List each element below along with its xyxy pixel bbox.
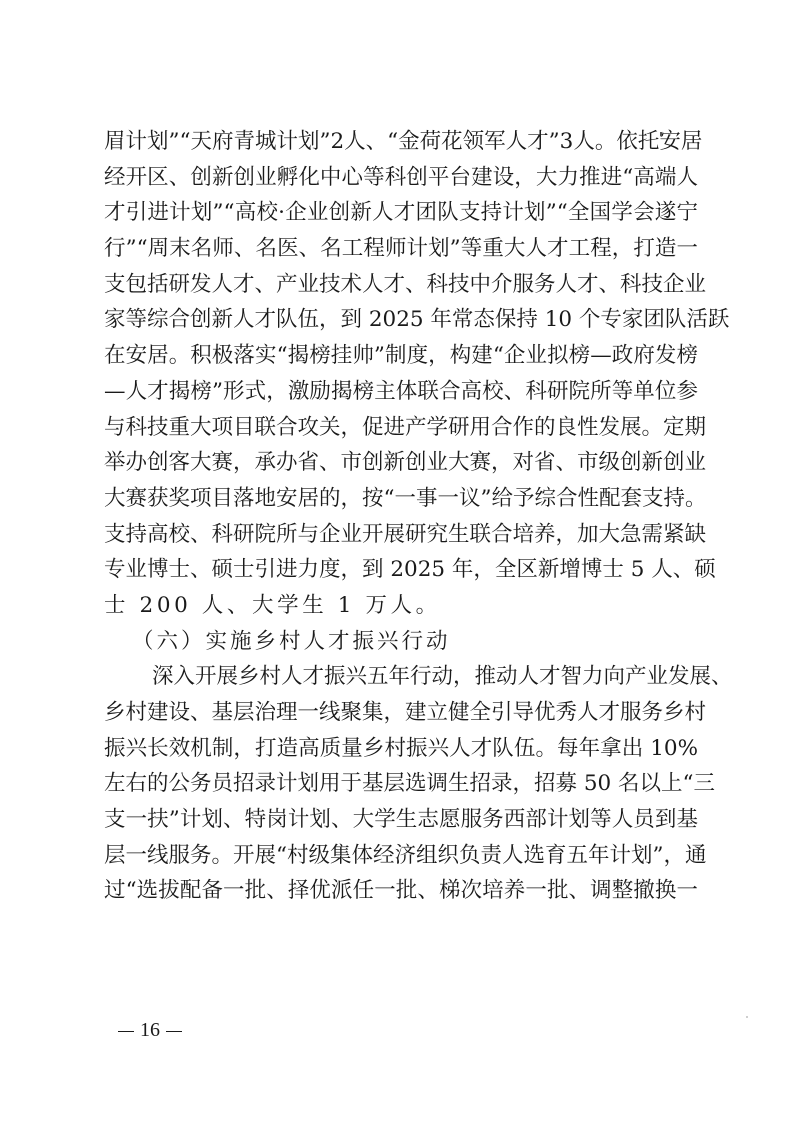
scan-artifact-icon: [660, 132, 662, 136]
paragraph-line: 家等综合创新人才队伍，到 2025 年常态保持 10 个专家团队活跃: [104, 302, 698, 338]
paragraph-line: 与科技重大项目联合攻关，促进产学研用合作的良性发展。定期: [104, 410, 698, 446]
paragraph-line: 士 200 人、大学生 1 万人。: [104, 588, 698, 624]
paragraph-line: 支持高校、科研院所与企业开展研究生联合培养，加大急需紧缺: [104, 517, 698, 553]
paragraph-line: 才引进计划”“高校·企业创新人才团队支持计划”“全国学会遂宁: [104, 195, 698, 231]
paragraph-line: 眉计划”“天府青城计划”2人、“金荷花领军人才”3人。依托安居: [104, 124, 698, 160]
paragraph-line: 专业博士、硕士引进力度，到 2025 年，全区新增博士 5 人、硕: [104, 552, 698, 588]
page-footer: 16: [112, 1018, 188, 1042]
dash-left-icon: [118, 1031, 134, 1032]
paragraph-line: 在安居。积极落实“揭榜挂帅”制度，构建“企业拟榜—政府发榜: [104, 338, 698, 374]
paragraph-line: 支包括研发人才、产业技术人才、科技中介服务人才、科技企业: [104, 267, 698, 303]
paragraph-line: 举办创客大赛，承办省、市创新创业大赛，对省、市级创新创业: [104, 445, 698, 481]
section-paragraph-line: 乡村建设、基层治理一线聚集，建立健全引导优秀人才服务乡村: [104, 695, 698, 731]
section-paragraph-line: 层一线服务。开展“村级集体经济组织负责人选育五年计划”，通: [104, 838, 698, 874]
scan-artifact-icon: [746, 1016, 748, 1018]
section-paragraph-line: 深入开展乡村人才振兴五年行动，推动人才智力向产业发展、: [104, 659, 698, 695]
section-heading: （六）实施乡村人才振兴行动: [104, 624, 698, 660]
dash-right-icon: [166, 1031, 182, 1032]
section-paragraph-line: 振兴长效机制，打造高质量乡村振兴人才队伍。每年拿出 10%: [104, 731, 698, 767]
document-page: 眉计划”“天府青城计划”2人、“金荷花领军人才”3人。依托安居 经开区、创新创业…: [0, 0, 793, 1122]
paragraph-line: 经开区、创新创业孵化中心等科创平台建设，大力推进“高端人: [104, 160, 698, 196]
section-paragraph-line: 过“选拔配备一批、择优派任一批、梯次培养一批、调整撤换一: [104, 873, 698, 909]
section-paragraph-line: 左右的公务员招录计划用于基层选调生招录，招募 50 名以上“三: [104, 766, 698, 802]
document-body: 眉计划”“天府青城计划”2人、“金荷花领军人才”3人。依托安居 经开区、创新创业…: [104, 124, 698, 909]
page-number: 16: [140, 1019, 160, 1041]
section-paragraph-line: 支一扶”计划、特岗计划、大学生志愿服务西部计划等人员到基: [104, 802, 698, 838]
paragraph-line: 大赛获奖项目落地安居的，按“一事一议”给予综合性配套支持。: [104, 481, 698, 517]
paragraph-line: —人才揭榜”形式，激励揭榜主体联合高校、科研院所等单位参: [104, 374, 698, 410]
paragraph-line: 行”“周末名师、名医、名工程师计划”等重大人才工程，打造一: [104, 231, 698, 267]
